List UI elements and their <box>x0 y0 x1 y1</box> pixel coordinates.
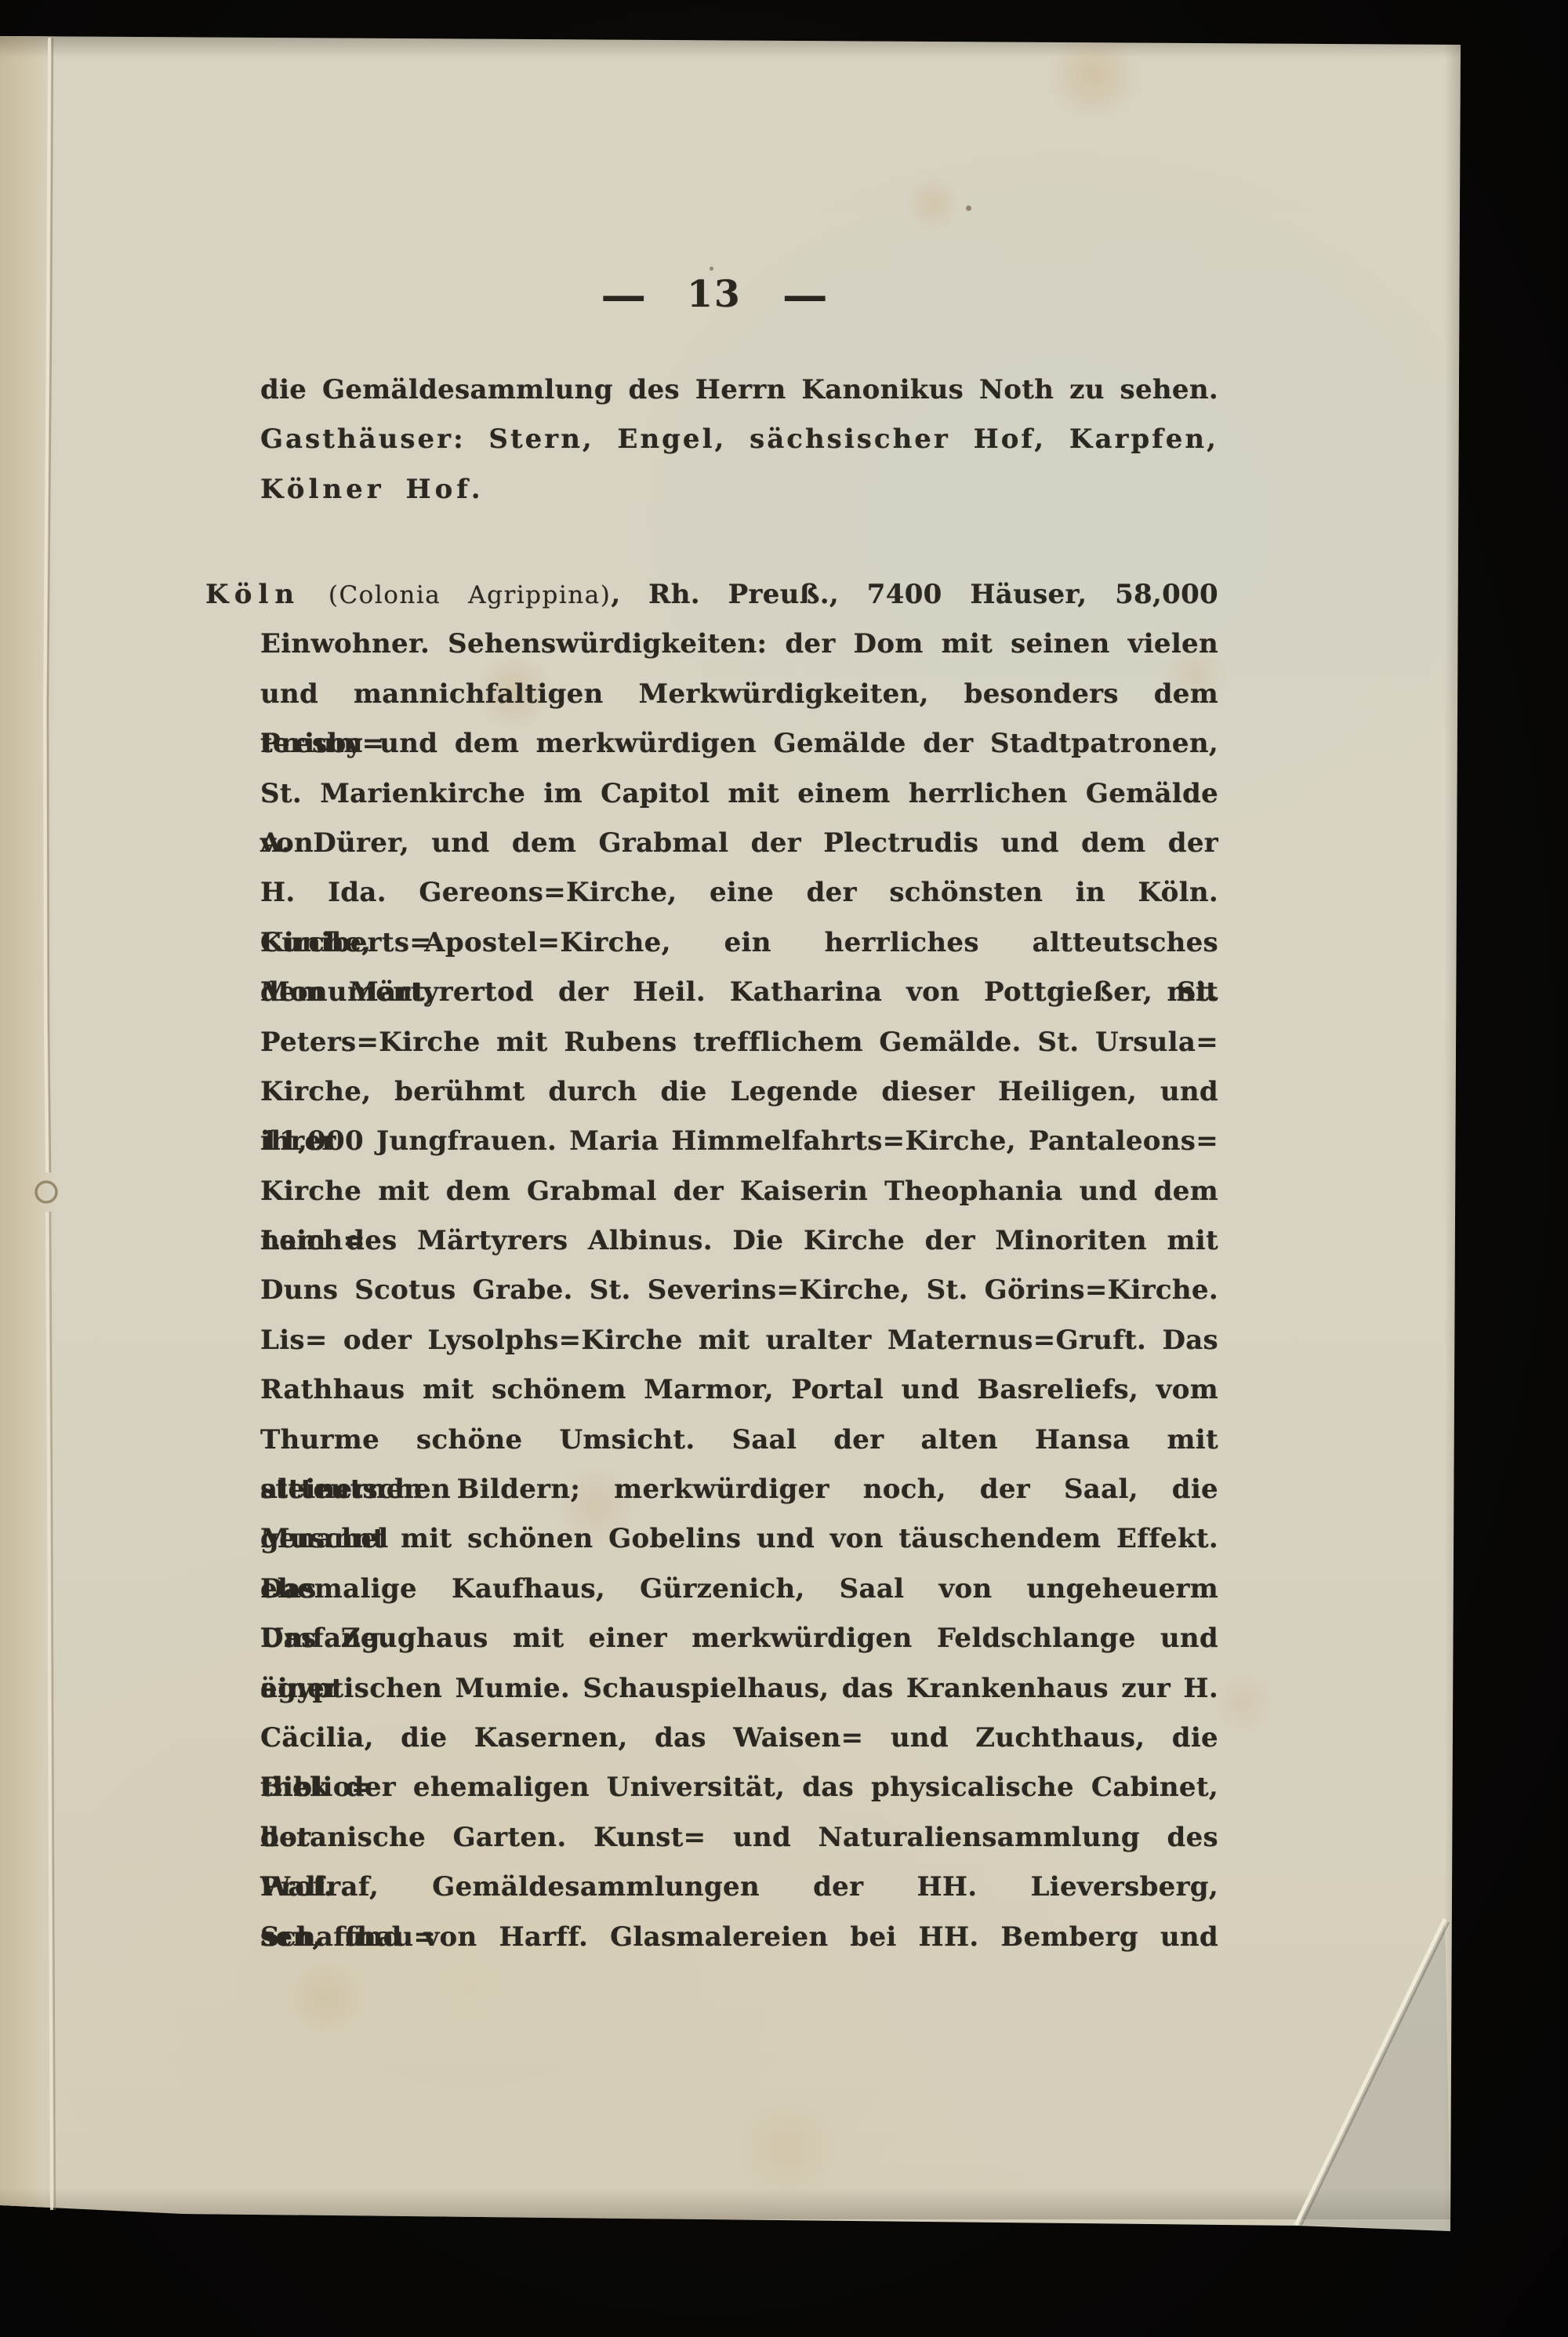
entry-latin-name: (Colonia Agrippina) <box>328 581 611 609</box>
page-right-shadow <box>1444 39 1465 2235</box>
text-line: Kölner Hof. <box>260 465 1218 514</box>
text-line: Rathhaus mit schönem Marmor, Portal und … <box>260 1365 1218 1415</box>
book-page: — 13 — die Gemäldesammlung des Herrn Kan… <box>0 0 1568 2337</box>
continuation-paragraph: die Gemäldesammlung des Herrn Kanonikus … <box>260 365 1218 514</box>
scanned-book-photo: — 13 — die Gemäldesammlung des Herrn Kan… <box>0 0 1568 2337</box>
text-line: Kirche, berühmt durch die Legende dieser… <box>260 1067 1218 1117</box>
text-line: die Gemäldesammlung des Herrn Kanonikus … <box>260 365 1218 415</box>
text-line: Thurme schöne Umsicht. Saal der alten Ha… <box>260 1416 1218 1465</box>
text-line: terium und dem merkwürdigen Gemälde der … <box>260 719 1218 769</box>
text-line: Gasthäuser: Stern, Engel, sächsischer Ho… <box>260 415 1218 464</box>
text-line: ehemalige Kaufhaus, Gürzenich, Saal von … <box>260 1565 1218 1614</box>
text-line: St. Marienkirche im Capitol mit einem he… <box>260 769 1218 819</box>
text-line: Cäcilia, die Kasernen, das Waisen= und Z… <box>260 1714 1218 1763</box>
page-number: 13 <box>687 273 741 316</box>
text-line: genannt mit schönen Gobelins und von täu… <box>260 1514 1218 1564</box>
text-line: steinernen Bildern; merkwürdiger noch, d… <box>260 1465 1218 1514</box>
text-line: Das Zeughaus mit einer merkwürdigen Feld… <box>260 1614 1218 1663</box>
text-line: und mannichfaltigen Merkwürdigkeiten, be… <box>260 670 1218 719</box>
text-line: botanische Garten. Kunst= und Naturalien… <box>260 1813 1218 1863</box>
text-line: Duns Scotus Grabe. St. Severins=Kirche, … <box>260 1266 1218 1315</box>
page-top-shadow <box>0 35 1462 58</box>
text-line: ägyptischen Mumie. Schauspielhaus, das K… <box>260 1664 1218 1714</box>
text-line: Kirche mit dem Grabmal der Kaiserin Theo… <box>260 1167 1218 1216</box>
gutter-edge <box>0 31 55 2219</box>
text-line: sen, und von Harff. Glasmalereien bei HH… <box>260 1913 1218 1962</box>
text-line: Wallraf, Gemäldesammlungen der HH. Lieve… <box>260 1863 1218 1912</box>
koeln-entry-paragraph: Köln (Colonia Agrippina), Rh. Preuß., 74… <box>260 570 1218 1962</box>
text-line: 11,000 Jungfrauen. Maria Himmelfahrts=Ki… <box>260 1117 1218 1166</box>
text-line: dem Märtyrertod der Heil. Katharina von … <box>260 968 1218 1017</box>
page-header: — 13 — <box>235 273 1193 316</box>
text-line: nam des Märtyrers Albinus. Die Kirche de… <box>260 1216 1218 1266</box>
text-line: Einwohner. Sehenswürdigkeiten: der Dom m… <box>260 620 1218 669</box>
page-bottom-shadow <box>0 2188 1458 2219</box>
entry-first-line-rest: , Rh. Preuß., 7400 Häuser, 58,000 <box>611 579 1218 610</box>
text-line: Peters=Kirche mit Rubens trefflichem Gem… <box>260 1018 1218 1067</box>
text-line: thek der ehemaligen Universität, das phy… <box>260 1763 1218 1812</box>
header-left-dash: — <box>601 279 646 311</box>
entry-headword: Köln <box>205 579 300 610</box>
text-line: H. Ida. Gereons=Kirche, eine der schönst… <box>260 868 1218 918</box>
header-right-dash: — <box>782 279 828 311</box>
entry-first-line: Köln (Colonia Agrippina), Rh. Preuß., 74… <box>205 570 1218 620</box>
text-line: A. Dürer, und dem Grabmal der Plectrudis… <box>260 819 1218 868</box>
text-line: Kirche, Apostel=Kirche, ein herrliches a… <box>260 918 1218 968</box>
text-line: Lis= oder Lysolphs=Kirche mit uralter Ma… <box>260 1316 1218 1365</box>
